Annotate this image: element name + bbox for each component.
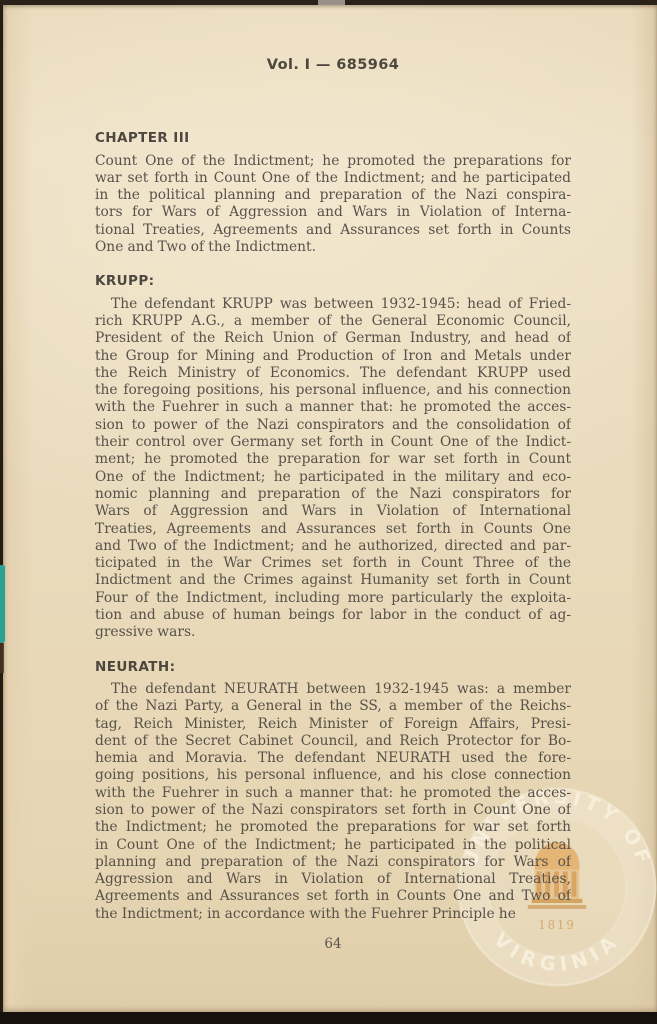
text-line: the Indictment; he promoted the preparat…	[95, 819, 571, 836]
text-line: tional Treaties, Agreements and Assuranc…	[95, 222, 571, 239]
volume-number: Vol. I — 685964	[95, 57, 571, 74]
text-line: dent of the Secret Cabinet Council, and …	[95, 733, 571, 750]
paragraph: The defendant KRUPP was between 1932-194…	[95, 296, 571, 642]
text-line: the Reich Ministry of Economics. The def…	[95, 365, 571, 382]
text-line: The defendant NEURATH between 1932-1945 …	[95, 681, 571, 698]
text-line: gressive wars.	[95, 624, 571, 641]
text-line: with the Fuehrer in such a manner that: …	[95, 399, 571, 416]
text-line: One of the Indictment; he participated i…	[95, 469, 571, 486]
text-line: sion to power of the Nazi conspirators s…	[95, 802, 571, 819]
text-line: Wars of Aggression and Wars in Violation…	[95, 503, 571, 520]
text-column: Vol. I — 685964 CHAPTER IIICount One of …	[95, 5, 571, 953]
section-heading: KRUPP:	[95, 273, 571, 290]
text-line: planning and preparation of the Nazi con…	[95, 854, 571, 871]
text-line: tag, Reich Minister, Reich Minister of F…	[95, 716, 571, 733]
left-edge-notch	[0, 643, 4, 673]
text-line: Agreements and Assurances set forth in C…	[95, 888, 571, 905]
section-heading: CHAPTER III	[95, 130, 571, 147]
text-line: of the Nazi Party, a General in the SS, …	[95, 698, 571, 715]
teal-margin-mark	[0, 565, 5, 643]
text-line: rich KRUPP A.G., a member of the General…	[95, 313, 571, 330]
text-line: sion to power of the Nazi conspirators a…	[95, 417, 571, 434]
section-heading: NEURATH:	[95, 659, 571, 676]
text-line: war set forth in Count One of the Indict…	[95, 170, 571, 187]
text-line: in the political planning and preparatio…	[95, 187, 571, 204]
text-line: their control over Germany set forth in …	[95, 434, 571, 451]
scanned-page: UNIVERSITY OF VIRGINIA 1819	[3, 5, 657, 1012]
text-line: The defendant KRUPP was between 1932-194…	[95, 296, 571, 313]
text-line: Aggression and Wars in Violation of Inte…	[95, 871, 571, 888]
text-line: hemia and Moravia. The defendant NEURATH…	[95, 750, 571, 767]
text-line: ticipated in the War Crimes set forth in…	[95, 555, 571, 572]
text-line: in Count One of the Indictment; he parti…	[95, 837, 571, 854]
scan-frame: UNIVERSITY OF VIRGINIA 1819	[0, 0, 657, 1024]
text-line: Treaties, Agreements and Assurances set …	[95, 521, 571, 538]
paragraph: Count One of the Indictment; he promoted…	[95, 153, 571, 257]
text-line: ment; he promoted the preparation for wa…	[95, 451, 571, 468]
text-line: and Two of the Indictment; and he author…	[95, 538, 571, 555]
text-line: Four of the Indictment, including more p…	[95, 590, 571, 607]
text-line: Count One of the Indictment; he promoted…	[95, 153, 571, 170]
paragraph: The defendant NEURATH between 1932-1945 …	[95, 681, 571, 923]
text-line: President of the Reich Union of German I…	[95, 330, 571, 347]
page-number: 64	[95, 936, 571, 953]
text-line: the foregoing positions, his personal in…	[95, 382, 571, 399]
text-line: the Indictment; in accordance with the F…	[95, 906, 571, 923]
text-line: Indictment and the Crimes against Humani…	[95, 572, 571, 589]
text-line: the Group for Mining and Production of I…	[95, 348, 571, 365]
text-line: nomic planning and preparation of the Na…	[95, 486, 571, 503]
text-line: One and Two of the Indictment.	[95, 239, 571, 256]
bottom-edge-bar	[0, 1012, 657, 1024]
text-line: tion and abuse of human beings for labor…	[95, 607, 571, 624]
text-line: with the Fuehrer in such a manner that: …	[95, 785, 571, 802]
text-line: tors for Wars of Aggression and Wars in …	[95, 204, 571, 221]
text-line: going positions, his personal influence,…	[95, 767, 571, 784]
text-column-sections: CHAPTER IIICount One of the Indictment; …	[95, 130, 571, 923]
scanner-tab-mark	[318, 0, 345, 5]
